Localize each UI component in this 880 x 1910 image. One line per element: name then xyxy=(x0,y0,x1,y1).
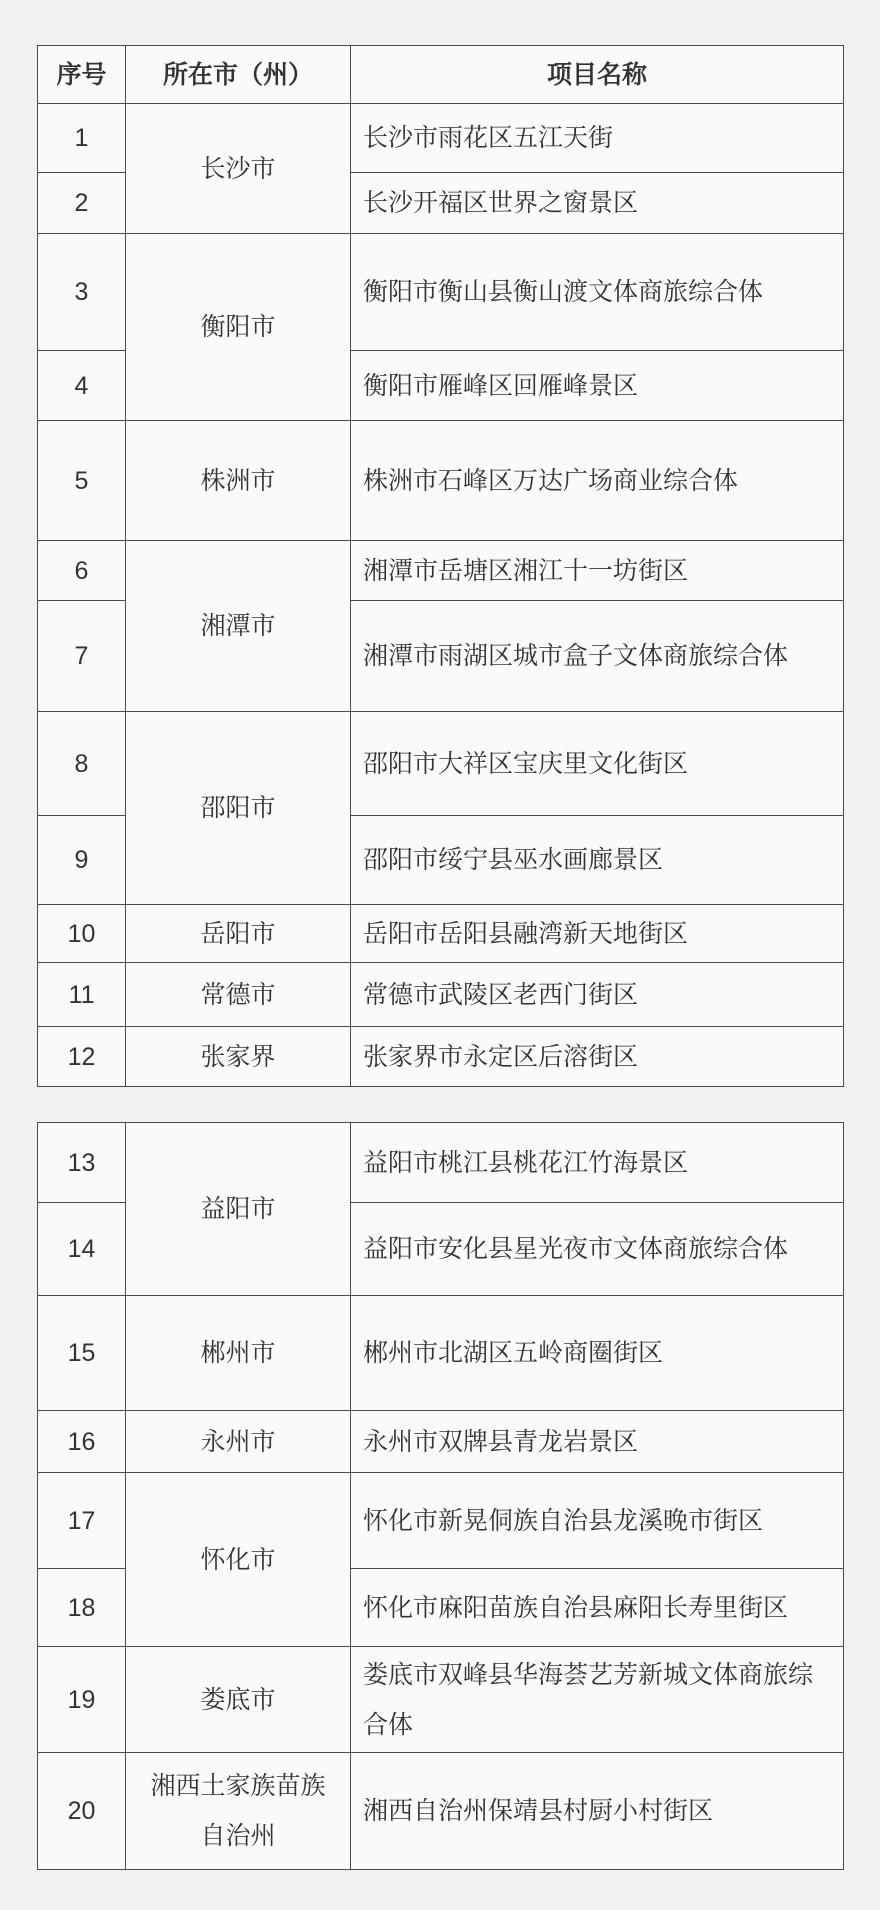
project-name-cell: 怀化市麻阳苗族自治县麻阳长寿里街区 xyxy=(351,1569,844,1647)
project-name-cell: 长沙开福区世界之窗景区 xyxy=(351,173,844,234)
serial-number-cell: 5 xyxy=(38,421,126,541)
city-cell: 衡阳市 xyxy=(126,234,351,421)
serial-number-cell: 9 xyxy=(38,816,126,905)
project-name-cell: 湘西自治州保靖县村厨小村街区 xyxy=(351,1753,844,1870)
city-cell: 常德市 xyxy=(126,963,351,1027)
table-row-19: 19娄底市娄底市双峰县华海荟艺芳新城文体商旅综合体 xyxy=(38,1647,844,1753)
table-row-5: 5株洲市株洲市石峰区万达广场商业综合体 xyxy=(38,421,844,541)
project-name-cell: 邵阳市绥宁县巫水画廊景区 xyxy=(351,816,844,905)
serial-number-cell: 2 xyxy=(38,173,126,234)
page-canvas: 序号 所在市（州） 项目名称 1长沙市长沙市雨花区五江天街2长沙开福区世界之窗景… xyxy=(0,0,880,1910)
city-cell: 张家界 xyxy=(126,1027,351,1087)
project-name-cell: 永州市双牌县青龙岩景区 xyxy=(351,1411,844,1473)
project-table-part-1: 序号 所在市（州） 项目名称 1长沙市长沙市雨花区五江天街2长沙开福区世界之窗景… xyxy=(37,45,844,1087)
project-table-part-2: 13益阳市益阳市桃江县桃花江竹海景区14益阳市安化县星光夜市文体商旅综合体15郴… xyxy=(37,1122,844,1870)
project-name-cell: 湘潭市雨湖区城市盒子文体商旅综合体 xyxy=(351,601,844,712)
serial-number-cell: 18 xyxy=(38,1569,126,1647)
project-name-cell: 邵阳市大祥区宝庆里文化街区 xyxy=(351,712,844,816)
project-name-cell: 衡阳市衡山县衡山渡文体商旅综合体 xyxy=(351,234,844,351)
serial-number-cell: 14 xyxy=(38,1203,126,1296)
table-row-16: 16永州市永州市双牌县青龙岩景区 xyxy=(38,1411,844,1473)
project-name-cell: 张家界市永定区后溶街区 xyxy=(351,1027,844,1087)
table-row-1: 1长沙市长沙市雨花区五江天街 xyxy=(38,104,844,173)
city-cell: 湘西土家族苗族自治州 xyxy=(126,1753,351,1870)
header-serial-number: 序号 xyxy=(38,46,126,104)
project-name-cell: 湘潭市岳塘区湘江十一坊街区 xyxy=(351,541,844,601)
header-city-or-prefecture: 所在市（州） xyxy=(126,46,351,104)
project-name-cell: 长沙市雨花区五江天街 xyxy=(351,104,844,173)
table-row-15: 15郴州市郴州市北湖区五岭商圈街区 xyxy=(38,1296,844,1411)
city-cell: 株洲市 xyxy=(126,421,351,541)
serial-number-cell: 15 xyxy=(38,1296,126,1411)
serial-number-cell: 19 xyxy=(38,1647,126,1753)
city-cell: 怀化市 xyxy=(126,1473,351,1647)
serial-number-cell: 12 xyxy=(38,1027,126,1087)
table-row-8: 8邵阳市邵阳市大祥区宝庆里文化街区 xyxy=(38,712,844,816)
project-name-cell: 益阳市桃江县桃花江竹海景区 xyxy=(351,1123,844,1203)
table-row-20: 20湘西土家族苗族自治州湘西自治州保靖县村厨小村街区 xyxy=(38,1753,844,1870)
serial-number-cell: 10 xyxy=(38,905,126,963)
city-cell: 长沙市 xyxy=(126,104,351,234)
project-name-cell: 郴州市北湖区五岭商圈街区 xyxy=(351,1296,844,1411)
table-row-13: 13益阳市益阳市桃江县桃花江竹海景区 xyxy=(38,1123,844,1203)
serial-number-cell: 16 xyxy=(38,1411,126,1473)
serial-number-cell: 17 xyxy=(38,1473,126,1569)
project-name-cell: 衡阳市雁峰区回雁峰景区 xyxy=(351,351,844,421)
city-cell: 益阳市 xyxy=(126,1123,351,1296)
serial-number-cell: 6 xyxy=(38,541,126,601)
city-cell: 邵阳市 xyxy=(126,712,351,905)
serial-number-cell: 8 xyxy=(38,712,126,816)
project-name-cell: 益阳市安化县星光夜市文体商旅综合体 xyxy=(351,1203,844,1296)
serial-number-cell: 20 xyxy=(38,1753,126,1870)
project-name-cell: 常德市武陵区老西门街区 xyxy=(351,963,844,1027)
serial-number-cell: 1 xyxy=(38,104,126,173)
project-name-cell: 岳阳市岳阳县融湾新天地街区 xyxy=(351,905,844,963)
serial-number-cell: 11 xyxy=(38,963,126,1027)
header-row: 序号 所在市（州） 项目名称 xyxy=(38,46,844,104)
serial-number-cell: 7 xyxy=(38,601,126,712)
project-name-cell: 娄底市双峰县华海荟艺芳新城文体商旅综合体 xyxy=(351,1647,844,1753)
city-cell: 岳阳市 xyxy=(126,905,351,963)
table-row-6: 6湘潭市湘潭市岳塘区湘江十一坊街区 xyxy=(38,541,844,601)
city-cell: 郴州市 xyxy=(126,1296,351,1411)
project-name-cell: 怀化市新晃侗族自治县龙溪晚市街区 xyxy=(351,1473,844,1569)
table-row-10: 10岳阳市岳阳市岳阳县融湾新天地街区 xyxy=(38,905,844,963)
table-row-3: 3衡阳市衡阳市衡山县衡山渡文体商旅综合体 xyxy=(38,234,844,351)
header-project-name: 项目名称 xyxy=(351,46,844,104)
table-row-11: 11常德市常德市武陵区老西门街区 xyxy=(38,963,844,1027)
serial-number-cell: 4 xyxy=(38,351,126,421)
table-row-17: 17怀化市怀化市新晃侗族自治县龙溪晚市街区 xyxy=(38,1473,844,1569)
serial-number-cell: 3 xyxy=(38,234,126,351)
project-name-cell: 株洲市石峰区万达广场商业综合体 xyxy=(351,421,844,541)
city-cell: 湘潭市 xyxy=(126,541,351,712)
city-cell: 娄底市 xyxy=(126,1647,351,1753)
city-cell: 永州市 xyxy=(126,1411,351,1473)
table-row-12: 12张家界张家界市永定区后溶街区 xyxy=(38,1027,844,1087)
serial-number-cell: 13 xyxy=(38,1123,126,1203)
